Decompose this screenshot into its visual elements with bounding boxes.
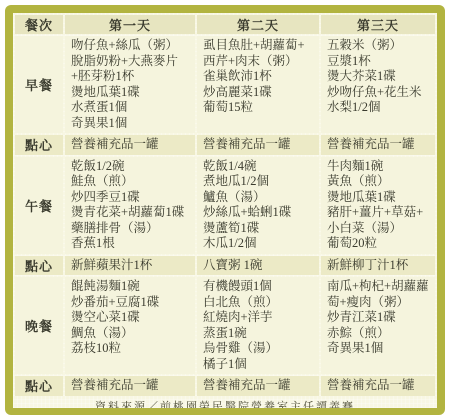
menu-item: 南瓜+枸杞+胡蘿蘿	[327, 279, 433, 295]
menu-cell: 吻仔魚+絲瓜（粥）脫脂奶粉+大燕麥片+胚芽粉1杯燙地瓜葉1碟水煮蛋1個奇異果1個	[65, 36, 195, 133]
menu-item: 營養補充品一罐	[203, 378, 317, 394]
menu-item: 藥膳排骨（湯）	[71, 221, 193, 237]
menu-item: 荔枝10粒	[71, 341, 193, 357]
menu-item: 八寶粥 1碗	[203, 258, 317, 274]
menu-item: 葡萄20粒	[327, 236, 433, 252]
menu-item: 炒吻仔魚+花生米	[327, 85, 433, 101]
menu-cell: 餛飩湯麵1碗炒番茄+豆腐1碟燙空心菜1碟鯛魚（湯）荔枝10粒	[65, 277, 195, 374]
menu-item: 水梨1/2個	[327, 100, 433, 116]
menu-cell: 乾飯1/4碗煮地瓜1/2個鱸魚（湯）炒絲瓜+蛤蜊1碟燙蘆筍1碟木瓜1/2個	[197, 157, 319, 254]
menu-item: 橘子1個	[203, 357, 317, 373]
menu-item: 營養補充品一罐	[327, 137, 433, 153]
menu-item: 新鮮柳丁汁1杯	[327, 258, 433, 274]
menu-cell: 虱目魚肚+胡蘿蔔+西芹+肉末（粥）雀巢飲沛1杯炒高麗菜1碟葡萄15粒	[197, 36, 319, 133]
menu-item: 葡萄15粒	[203, 100, 317, 116]
menu-cell: 牛肉麵1碗黃魚（煎）燙地瓜葉1碟豬肝+薑片+草菇+小白菜（湯）葡萄20粒	[321, 157, 435, 254]
menu-item: 五穀米（粥）	[327, 38, 433, 54]
menu-cell: 八寶粥 1碗	[197, 256, 319, 276]
snack-row: 點心營養補充品一罐營養補充品一罐營養補充品一罐	[15, 376, 435, 396]
menu-item: 鮭魚（煎）	[71, 174, 193, 190]
meal-plan-table: 餐次 第一天 第二天 第三天 早餐吻仔魚+絲瓜（粥）脫脂奶粉+大燕麥片+胚芽粉1…	[13, 13, 437, 398]
meal-row: 早餐吻仔魚+絲瓜（粥）脫脂奶粉+大燕麥片+胚芽粉1杯燙地瓜葉1碟水煮蛋1個奇異果…	[15, 36, 435, 133]
menu-cell: 新鮮蘋果汁1杯	[65, 256, 195, 276]
menu-item: 炒番茄+豆腐1碟	[71, 295, 193, 311]
menu-item: 有機饅頭1個	[203, 279, 317, 295]
menu-item: 新鮮蘋果汁1杯	[71, 258, 193, 274]
menu-item: 黃魚（煎）	[327, 174, 433, 190]
meal-label: 點心	[15, 256, 63, 276]
menu-item: 蒸蛋1碗	[203, 326, 317, 342]
menu-item: 豆漿1杯	[327, 54, 433, 70]
menu-item: 營養補充品一罐	[203, 137, 317, 153]
menu-item: 虱目魚肚+胡蘿蔔+	[203, 38, 317, 54]
menu-item: 鱸魚（湯）	[203, 190, 317, 206]
header-day2: 第二天	[197, 15, 319, 34]
meal-label: 午餐	[15, 157, 63, 254]
menu-item: +胚芽粉1杯	[71, 69, 193, 85]
menu-item: 煮地瓜1/2個	[203, 174, 317, 190]
menu-item: 脫脂奶粉+大燕麥片	[71, 54, 193, 70]
header-meal-col: 餐次	[15, 15, 63, 34]
menu-item: 香蕉1根	[71, 236, 193, 252]
menu-item: 烏骨雞（湯）	[203, 341, 317, 357]
snack-row: 點心營養補充品一罐營養補充品一罐營養補充品一罐	[15, 135, 435, 155]
menu-cell: 有機饅頭1個白北魚（煎）紅燒肉+洋芋蒸蛋1碗烏骨雞（湯）橘子1個	[197, 277, 319, 374]
menu-item: 炒四季豆1碟	[71, 190, 193, 206]
menu-item: 燙蘆筍1碟	[203, 221, 317, 237]
menu-item: 鯛魚（湯）	[71, 326, 193, 342]
menu-cell: 營養補充品一罐	[321, 135, 435, 155]
menu-item: 赤鯮（煎）	[327, 326, 433, 342]
menu-item: 乾飯1/4碗	[203, 159, 317, 175]
menu-table-body: 早餐吻仔魚+絲瓜（粥）脫脂奶粉+大燕麥片+胚芽粉1杯燙地瓜葉1碟水煮蛋1個奇異果…	[15, 36, 435, 396]
menu-item: 白北魚（煎）	[203, 295, 317, 311]
menu-item: 營養補充品一罐	[71, 378, 193, 394]
menu-cell: 新鮮柳丁汁1杯	[321, 256, 435, 276]
menu-item: 燙空心菜1碟	[71, 310, 193, 326]
header-row: 餐次 第一天 第二天 第三天	[15, 15, 435, 34]
meal-label: 點心	[15, 135, 63, 155]
menu-panel: 餐次 第一天 第二天 第三天 早餐吻仔魚+絲瓜（粥）脫脂奶粉+大燕麥片+胚芽粉1…	[13, 13, 437, 408]
menu-item: 奇異果1個	[327, 341, 433, 357]
menu-item: 燙青花菜+胡蘿蔔1碟	[71, 205, 193, 221]
menu-cell: 南瓜+枸杞+胡蘿蘿萄+瘦肉（粥）炒青江菜1碟赤鯮（煎）奇異果1個	[321, 277, 435, 374]
meal-label: 早餐	[15, 36, 63, 133]
menu-item: 餛飩湯麵1碗	[71, 279, 193, 295]
menu-item: 紅燒肉+洋芋	[203, 310, 317, 326]
meal-row: 晚餐餛飩湯麵1碗炒番茄+豆腐1碟燙空心菜1碟鯛魚（湯）荔枝10粒有機饅頭1個白北…	[15, 277, 435, 374]
meal-label: 點心	[15, 376, 63, 396]
menu-item: 萄+瘦肉（粥）	[327, 295, 433, 311]
menu-item: 燙大芥菜1碟	[327, 69, 433, 85]
olive-frame: 餐次 第一天 第二天 第三天 早餐吻仔魚+絲瓜（粥）脫脂奶粉+大燕麥片+胚芽粉1…	[5, 5, 445, 415]
menu-cell: 營養補充品一罐	[65, 135, 195, 155]
menu-item: 奇異果1個	[71, 116, 193, 132]
menu-item: 燙地瓜葉1碟	[71, 85, 193, 101]
menu-cell: 營養補充品一罐	[197, 135, 319, 155]
source-attribution: 資料來源／前桃園榮民醫院營養室主任譚義賽	[13, 398, 437, 409]
menu-cell: 營養補充品一罐	[321, 376, 435, 396]
menu-item: 雀巢飲沛1杯	[203, 69, 317, 85]
menu-item: 水煮蛋1個	[71, 100, 193, 116]
menu-item: 豬肝+薑片+草菇+	[327, 205, 433, 221]
meal-row: 午餐乾飯1/2碗鮭魚（煎）炒四季豆1碟燙青花菜+胡蘿蔔1碟藥膳排骨（湯）香蕉1根…	[15, 157, 435, 254]
menu-item: 營養補充品一罐	[71, 137, 193, 153]
header-day3: 第三天	[321, 15, 435, 34]
meal-label: 晚餐	[15, 277, 63, 374]
menu-cell: 營養補充品一罐	[65, 376, 195, 396]
menu-cell: 營養補充品一罐	[197, 376, 319, 396]
menu-item: 吻仔魚+絲瓜（粥）	[71, 38, 193, 54]
menu-item: 炒高麗菜1碟	[203, 85, 317, 101]
menu-cell: 五穀米（粥）豆漿1杯燙大芥菜1碟炒吻仔魚+花生米水梨1/2個	[321, 36, 435, 133]
menu-item: 營養補充品一罐	[327, 378, 433, 394]
menu-item: 燙地瓜葉1碟	[327, 190, 433, 206]
menu-item: 西芹+肉末（粥）	[203, 54, 317, 70]
menu-cell: 乾飯1/2碗鮭魚（煎）炒四季豆1碟燙青花菜+胡蘿蔔1碟藥膳排骨（湯）香蕉1根	[65, 157, 195, 254]
menu-item: 炒青江菜1碟	[327, 310, 433, 326]
snack-row: 點心新鮮蘋果汁1杯八寶粥 1碗新鮮柳丁汁1杯	[15, 256, 435, 276]
menu-item: 炒絲瓜+蛤蜊1碟	[203, 205, 317, 221]
menu-item: 木瓜1/2個	[203, 236, 317, 252]
menu-item: 小白菜（湯）	[327, 221, 433, 237]
menu-item: 乾飯1/2碗	[71, 159, 193, 175]
menu-item: 牛肉麵1碗	[327, 159, 433, 175]
header-day1: 第一天	[65, 15, 195, 34]
